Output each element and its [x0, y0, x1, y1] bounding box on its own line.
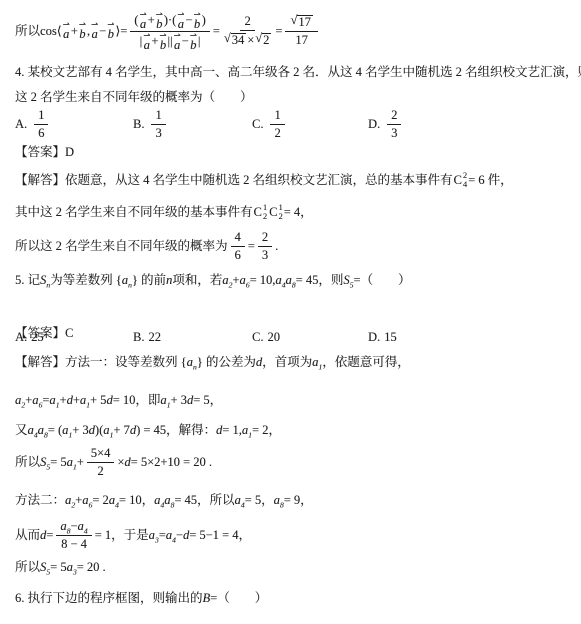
math-variable: a: [178, 19, 184, 30]
math-variable-subscripted: a6: [32, 390, 42, 410]
math-text: = 5: [50, 452, 66, 472]
math-text: 【答案】C: [15, 323, 73, 343]
vector: ⇀a: [139, 12, 146, 30]
option-label: A.: [15, 114, 27, 134]
denominator: |⇀a+⇀b||⇀a−⇀b|: [140, 32, 201, 51]
math-text: 又: [15, 420, 28, 440]
math-text: 1: [155, 108, 161, 123]
angle-bracket: ⟨: [57, 21, 62, 41]
question-5-solution-line-4: 所以 S5 = 5a1 + 5×42×d = 5×2+10 = 20 .: [15, 442, 575, 482]
math-text: } 的前: [132, 270, 166, 290]
math-variable-subscripted: a2: [15, 390, 25, 410]
denominator: 17: [295, 32, 308, 48]
math-text: = 20 .: [77, 557, 106, 577]
math-text: 5. 记: [15, 270, 40, 290]
numerator: 5×4: [87, 446, 115, 463]
fraction: 2√34×√2: [223, 14, 273, 48]
denominator: 3: [262, 247, 268, 263]
math-text: 6: [235, 248, 241, 263]
cos-formula-line: 所以 cos⟨⇀a+⇀b,⇀a−⇀b⟩ = (⇀a+⇀b)·(⇀a−⇀b)|⇀a…: [15, 12, 575, 50]
math-text: 2: [274, 126, 280, 141]
math-text: = 5，: [245, 490, 274, 510]
math-text: 从而: [15, 525, 40, 545]
fraction: 23: [258, 230, 272, 263]
math-text: +: [25, 390, 32, 410]
math-text: +: [75, 490, 82, 510]
math-variable-subscripted: a4: [154, 490, 164, 510]
option-C: C.12: [252, 104, 288, 144]
numerator: 1: [270, 108, 284, 125]
math-variable-subscripted: a4: [275, 270, 285, 290]
math-text: cos: [40, 21, 57, 41]
combination-base: C: [269, 202, 277, 222]
math-text: +: [73, 390, 80, 410]
math-text: +: [71, 21, 78, 41]
math-text: 6. 执行下边的程序框图，则输出的: [15, 588, 203, 608]
vector: ⇀a: [177, 12, 184, 30]
math-text: −: [185, 13, 192, 28]
math-variable: b: [156, 19, 162, 30]
vector: ⇀b: [159, 33, 166, 51]
math-text: 4. 某校文艺部有 4 名学生，其中高一、高二年级各 2 名．从这 4 名学生中…: [15, 62, 581, 82]
math-variable-subscripted: a2: [65, 490, 75, 510]
question-5-solution-line-2: a2 + a6 = a1 + d + a1 + 5d = 10，即 a1 + 3…: [15, 390, 575, 410]
math-variable-subscripted: S5: [40, 452, 50, 472]
vector: ⇀b: [193, 12, 200, 30]
math-text: = 45，则: [296, 270, 344, 290]
math-text: ，依题意可得，: [322, 352, 410, 372]
math-text: 5×4: [91, 446, 111, 461]
math-text: = 10，即: [113, 390, 161, 410]
square-root: √34: [224, 32, 246, 48]
fraction: 12: [270, 108, 284, 141]
combination-symbol: C24: [454, 170, 468, 190]
math-text: 其中这 2 名学生来自不同年级的基本事件有: [15, 202, 253, 222]
fraction: 46: [231, 230, 245, 263]
math-variable-subscripted: a8: [274, 490, 284, 510]
math-variable-subscripted: a3: [149, 525, 159, 545]
document-body: 所以 cos⟨⇀a+⇀b,⇀a−⇀b⟩ = (⇀a+⇀b)·(⇀a−⇀b)|⇀a…: [0, 0, 581, 40]
math-text: = 5×2+10 = 20 .: [131, 452, 212, 472]
question-5-solution-line-6: 从而 d = a8 − a48 − 4 = 1，于是 a3 = a4 − d =…: [15, 514, 575, 556]
math-variable-subscripted: an: [187, 352, 197, 372]
combination-base: C: [254, 202, 262, 222]
math-variable-subscripted: a1: [160, 390, 170, 410]
math-text: = 4，: [284, 202, 313, 222]
math-variable-subscripted: Sn: [40, 270, 50, 290]
math-text: 3: [155, 126, 161, 141]
math-variable-subscripted: a1: [67, 452, 77, 472]
math-text: 1: [38, 108, 44, 123]
math-variable-subscripted: a4: [166, 525, 176, 545]
math-text: 所以这 2 名学生来自不同年级的概率为: [15, 236, 228, 256]
question-4-text-line-1: 4. 某校文艺部有 4 名学生，其中高一、高二年级各 2 名．从这 4 名学生中…: [15, 62, 575, 82]
math-text: +: [77, 452, 84, 472]
math-variable-subscripted: a4: [28, 420, 38, 440]
math-text: 2: [262, 230, 268, 245]
math-text: +: [232, 270, 239, 290]
fraction: 16: [34, 108, 48, 141]
math-text: +: [151, 34, 158, 49]
square-root: √2: [255, 32, 271, 48]
square-root: √17: [290, 14, 312, 30]
numerator: 2: [258, 230, 272, 247]
math-text: 2: [244, 14, 250, 29]
question-4-answer: 【答案】D: [15, 142, 575, 162]
math-text: .: [275, 236, 278, 256]
denominator: 6: [38, 125, 44, 141]
math-text: } 的公差为: [197, 352, 256, 372]
question-5-text: 5. 记 Sn 为等差数列 {an} 的前 n 项和，若 a2 + a6 = 1…: [15, 270, 575, 290]
math-text: |: [140, 34, 143, 49]
radicand: 34: [231, 33, 247, 48]
math-variable-subscripted: S5: [40, 557, 50, 577]
math-text: ，首项为: [262, 352, 312, 372]
math-text: 所以: [15, 21, 40, 41]
math-variable-subscripted: an: [122, 270, 132, 290]
math-text: +: [148, 13, 155, 28]
radicand: 2: [262, 33, 271, 48]
math-variable-subscripted: a4: [109, 490, 119, 510]
math-text: −: [182, 34, 189, 49]
question-5-solution-line-1: 【解答】方法一：设等差数列 {an} 的公差为 d，首项为 a1，依题意可得，: [15, 352, 575, 372]
math-text: 【解答】方法一：设等差数列 {: [15, 352, 187, 372]
math-text: = 45，所以: [174, 490, 234, 510]
math-text: −: [70, 519, 77, 534]
math-text: = 10,: [250, 270, 276, 290]
question-4-solution-line-1: 【解答】依题意，从这 4 名学生中随机选 2 名组织校文艺汇演，总的基本事件有 …: [15, 170, 575, 190]
math-text: −: [176, 525, 183, 545]
subscript: 2: [278, 212, 282, 221]
math-text: )·(: [164, 13, 177, 28]
numerator: 4: [231, 230, 245, 247]
math-text: )(: [95, 420, 103, 440]
math-variable: b: [190, 40, 196, 51]
math-variable: a: [144, 40, 150, 51]
denominator: 3: [391, 125, 397, 141]
math-text: =: [159, 525, 166, 545]
subscript: 4: [84, 526, 88, 535]
numerator: 2: [240, 14, 254, 31]
fraction: 5×42: [87, 446, 115, 479]
vector: ⇀b: [156, 12, 163, 30]
denominator: 3: [155, 125, 161, 141]
math-text: 方法二：: [15, 490, 65, 510]
combination-scripts: 12: [278, 203, 282, 222]
math-variable-subscripted: a1: [312, 352, 322, 372]
math-variable-subscripted: a8: [286, 270, 296, 290]
math-text: = 5: [50, 557, 66, 577]
math-text: =: [248, 236, 255, 256]
combination-scripts: 12: [263, 203, 267, 222]
fraction: √1717: [285, 14, 317, 48]
math-text: =（ ）: [353, 270, 410, 290]
numerator: a8 − a4: [56, 519, 91, 536]
option-A: A.16: [15, 104, 51, 144]
denominator: 2: [274, 125, 280, 141]
option-B: B.13: [133, 104, 169, 144]
option-label: D.: [368, 114, 380, 134]
math-text: ×: [117, 452, 124, 472]
math-text: = 2，: [252, 420, 281, 440]
math-text: = 5−1 = 4，: [189, 525, 251, 545]
fraction: a8 − a48 − 4: [56, 519, 91, 552]
math-variable-subscripted: a6: [82, 490, 92, 510]
math-text: + 3: [171, 390, 187, 410]
math-text: (: [134, 13, 138, 28]
math-text: 【解答】依题意，从这 4 名学生中随机选 2 名组织校文艺汇演，总的基本事件有: [15, 170, 453, 190]
math-text: 6: [38, 126, 44, 141]
math-text: + 3: [72, 420, 88, 440]
math-variable: a: [140, 19, 146, 30]
math-text: 2: [97, 464, 103, 479]
numerator: 2: [387, 108, 401, 125]
vector: ⇀b: [79, 22, 86, 40]
math-variable-subscripted: a2: [222, 270, 232, 290]
math-text: = 5，: [193, 390, 222, 410]
math-variable-subscripted: a1: [242, 420, 252, 440]
math-text: 3: [391, 126, 397, 141]
math-text: =: [275, 21, 282, 41]
combination-base: C: [454, 170, 462, 190]
math-variable: b: [194, 19, 200, 30]
denominator: 6: [235, 247, 241, 263]
math-text: =: [42, 390, 49, 410]
denominator: 2: [97, 463, 103, 479]
subscript: 4: [463, 180, 467, 189]
math-variable: B: [203, 588, 211, 608]
math-variable-subscripted: a8: [60, 519, 70, 534]
option-label: C.: [252, 114, 263, 134]
denominator: √34×√2: [223, 31, 273, 48]
vector: ⇀a: [174, 33, 181, 51]
math-text: 【答案】D: [15, 142, 74, 162]
math-text: + 5: [90, 390, 106, 410]
math-variable-subscripted: a1: [103, 420, 113, 440]
math-text: 所以: [15, 452, 40, 472]
numerator: √17: [285, 14, 317, 32]
math-text: = 6 件，: [468, 170, 513, 190]
vector: ⇀b: [190, 33, 197, 51]
math-text: =: [46, 525, 53, 545]
math-variable-subscripted: a1: [62, 420, 72, 440]
vector: ⇀b: [107, 22, 114, 40]
math-text: 4: [235, 230, 241, 245]
vector: ⇀a: [143, 33, 150, 51]
numerator: 1: [34, 108, 48, 125]
math-variable-subscripted: a1: [80, 390, 90, 410]
math-variable: a: [63, 29, 69, 40]
question-4-options: A.16B.13C.12D.23: [15, 104, 581, 144]
option-D: D.23: [368, 104, 404, 144]
math-text: 17: [295, 33, 308, 48]
math-text: =: [120, 21, 127, 41]
math-text: ) = 45，解得：: [136, 420, 216, 440]
math-text: 3: [262, 248, 268, 263]
denominator: 8 − 4: [61, 536, 87, 552]
numerator: (⇀a+⇀b)·(⇀a−⇀b): [130, 12, 209, 32]
math-text: |: [198, 34, 201, 49]
math-text: 8 − 4: [61, 537, 87, 552]
question-6-text: 6. 执行下边的程序框图，则输出的 B =（ ）: [15, 588, 575, 608]
math-variable-subscripted: S5: [343, 270, 353, 290]
math-text: +: [60, 390, 67, 410]
math-text: + 7: [113, 420, 129, 440]
question-5-solution-line-5: 方法二：a2 + a6 = 2a4 = 10，a4a8 = 45，所以 a4 =…: [15, 490, 575, 510]
fraction: 23: [387, 108, 401, 141]
math-text: −: [99, 21, 106, 41]
math-text: ×: [247, 33, 254, 48]
vector: ⇀a: [63, 22, 70, 40]
subscript: 2: [263, 212, 267, 221]
math-text: 1: [274, 108, 280, 123]
math-text: =（ ）: [210, 588, 267, 608]
math-variable: b: [160, 40, 166, 51]
math-variable: b: [108, 29, 114, 40]
question-5-answer: 【答案】C: [15, 323, 575, 343]
combination-symbol: C12: [254, 202, 268, 222]
math-variable-subscripted: a6: [239, 270, 249, 290]
math-text: = 2: [92, 490, 108, 510]
radical-sign: √: [224, 32, 231, 46]
combination-scripts: 24: [463, 171, 467, 190]
math-text: = 1，于是: [95, 525, 149, 545]
fraction: 13: [151, 108, 165, 141]
math-text: = 9，: [284, 490, 313, 510]
combination-symbol: C12: [269, 202, 283, 222]
math-text: 所以: [15, 557, 40, 577]
math-text: = 1,: [222, 420, 242, 440]
math-text: ): [202, 13, 206, 28]
vector: ⇀a: [91, 22, 98, 40]
math-text: 2: [391, 108, 397, 123]
math-variable: a: [91, 29, 97, 40]
radicand: 17: [297, 15, 313, 30]
math-text: 为等差数列 {: [50, 270, 122, 290]
math-text: = 10，: [119, 490, 154, 510]
fraction: (⇀a+⇀b)·(⇀a−⇀b)|⇀a+⇀b||⇀a−⇀b|: [130, 12, 209, 50]
radical-sign: √: [290, 14, 297, 28]
math-variable-subscripted: a4: [235, 490, 245, 510]
question-5-solution-line-3: 又 a4a8 = (a1 + 3d)(a1 + 7d) = 45，解得：d = …: [15, 420, 575, 440]
question-5-solution-line-7: 所以 S5 = 5a3 = 20 .: [15, 557, 575, 577]
radical-sign: √: [255, 32, 262, 46]
option-label: B.: [133, 114, 144, 134]
exam-solution-document: 所以 cos⟨⇀a+⇀b,⇀a−⇀b⟩ = (⇀a+⇀b)·(⇀a−⇀b)|⇀a…: [0, 0, 581, 624]
math-variable: a: [174, 40, 180, 51]
numerator: 1: [151, 108, 165, 125]
math-variable: b: [79, 29, 85, 40]
question-4-solution-line-2: 其中这 2 名学生来自不同年级的基本事件有 C12C12 = 4，: [15, 202, 575, 222]
math-text: 项和，若: [172, 270, 222, 290]
math-variable-subscripted: a8: [164, 490, 174, 510]
math-text: ,: [87, 21, 90, 41]
math-text: = (: [48, 420, 62, 440]
question-4-solution-line-3: 所以这 2 名学生来自不同年级的概率为46 = 23.: [15, 226, 575, 266]
math-text: ||: [168, 34, 173, 49]
math-variable-subscripted: a4: [78, 519, 88, 534]
math-text: =: [213, 21, 220, 41]
math-variable-subscripted: a1: [49, 390, 59, 410]
math-variable-subscripted: a3: [67, 557, 77, 577]
math-variable-subscripted: a8: [38, 420, 48, 440]
